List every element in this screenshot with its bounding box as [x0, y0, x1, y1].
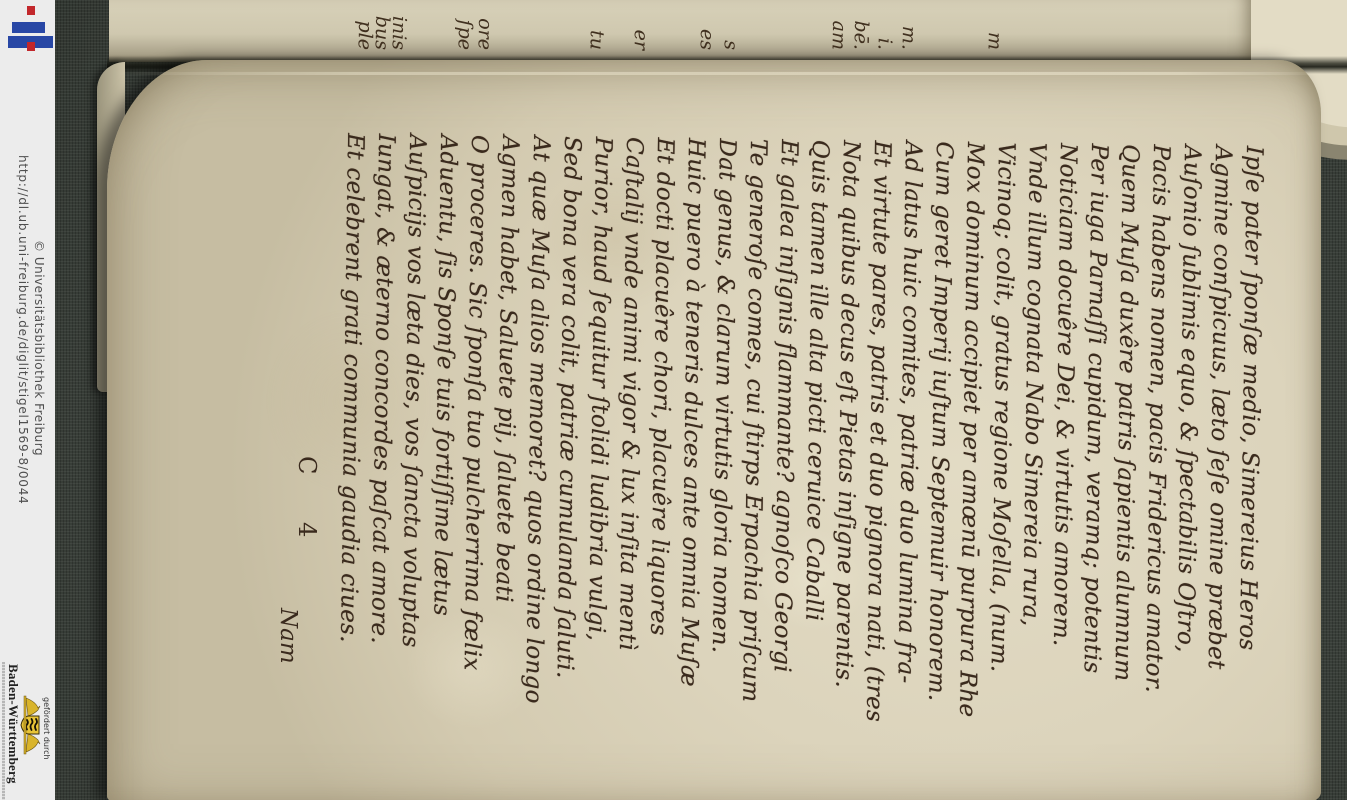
rotated-scene: mm.i.bē.amsesertuoreſpeinisbusple Ipſe p… [0, 0, 1347, 800]
facing-page-text-fragment: m [984, 0, 1005, 53]
registration-mark-icon [0, 0, 55, 58]
signature-mark: C 4 [293, 456, 321, 557]
facing-page-text-fragment: er [630, 0, 651, 53]
facing-page-text-fragment: ore [474, 0, 495, 53]
coat-of-arms-icon [20, 694, 42, 756]
registration-blue-bar [12, 22, 45, 33]
poem-text-block: Ipſe pater ſponſæ medio, Simereius Heros… [330, 133, 1269, 796]
facing-page-text-fragment: i. [874, 0, 895, 53]
catchword: Nam [275, 608, 301, 664]
page-fold-highlight [112, 72, 1327, 75]
facing-page-text-fragment: ſpe [454, 0, 475, 53]
facing-page-fragments: mm.i.bē.amsesertuoreſpeinisbusple [107, 0, 1347, 54]
facing-page-text-fragment: am [828, 0, 849, 53]
scan-viewport: mm.i.bē.amsesertuoreſpeinisbusple Ipſe p… [0, 0, 1347, 800]
facing-page-text-fragment: ple [354, 0, 375, 53]
facing-page-text-fragment: m. [898, 0, 919, 53]
funder-label: gefördert durch [42, 697, 51, 760]
facing-page-text-fragment: bē. [850, 0, 871, 53]
copyright-label: © Universitätsbibliothek Freiburg [32, 240, 46, 456]
registration-red-square [27, 42, 35, 51]
registration-red-square [27, 6, 35, 15]
facing-page-text-fragment: es [696, 0, 717, 53]
book-page: Ipſe pater ſponſæ medio, Simereius Heros… [107, 60, 1321, 800]
facing-page-text-fragment: s [720, 0, 741, 53]
micro-text-line [2, 662, 5, 800]
state-wordmark: Baden-Württemberg [5, 664, 21, 800]
source-url-label: http://dl.ub.uni-freiburg.de/diglit/stig… [16, 155, 30, 505]
facing-page-text-fragment: tu [586, 0, 607, 53]
library-label-strip: © Universitätsbibliothek Freiburg http:/… [0, 0, 55, 800]
